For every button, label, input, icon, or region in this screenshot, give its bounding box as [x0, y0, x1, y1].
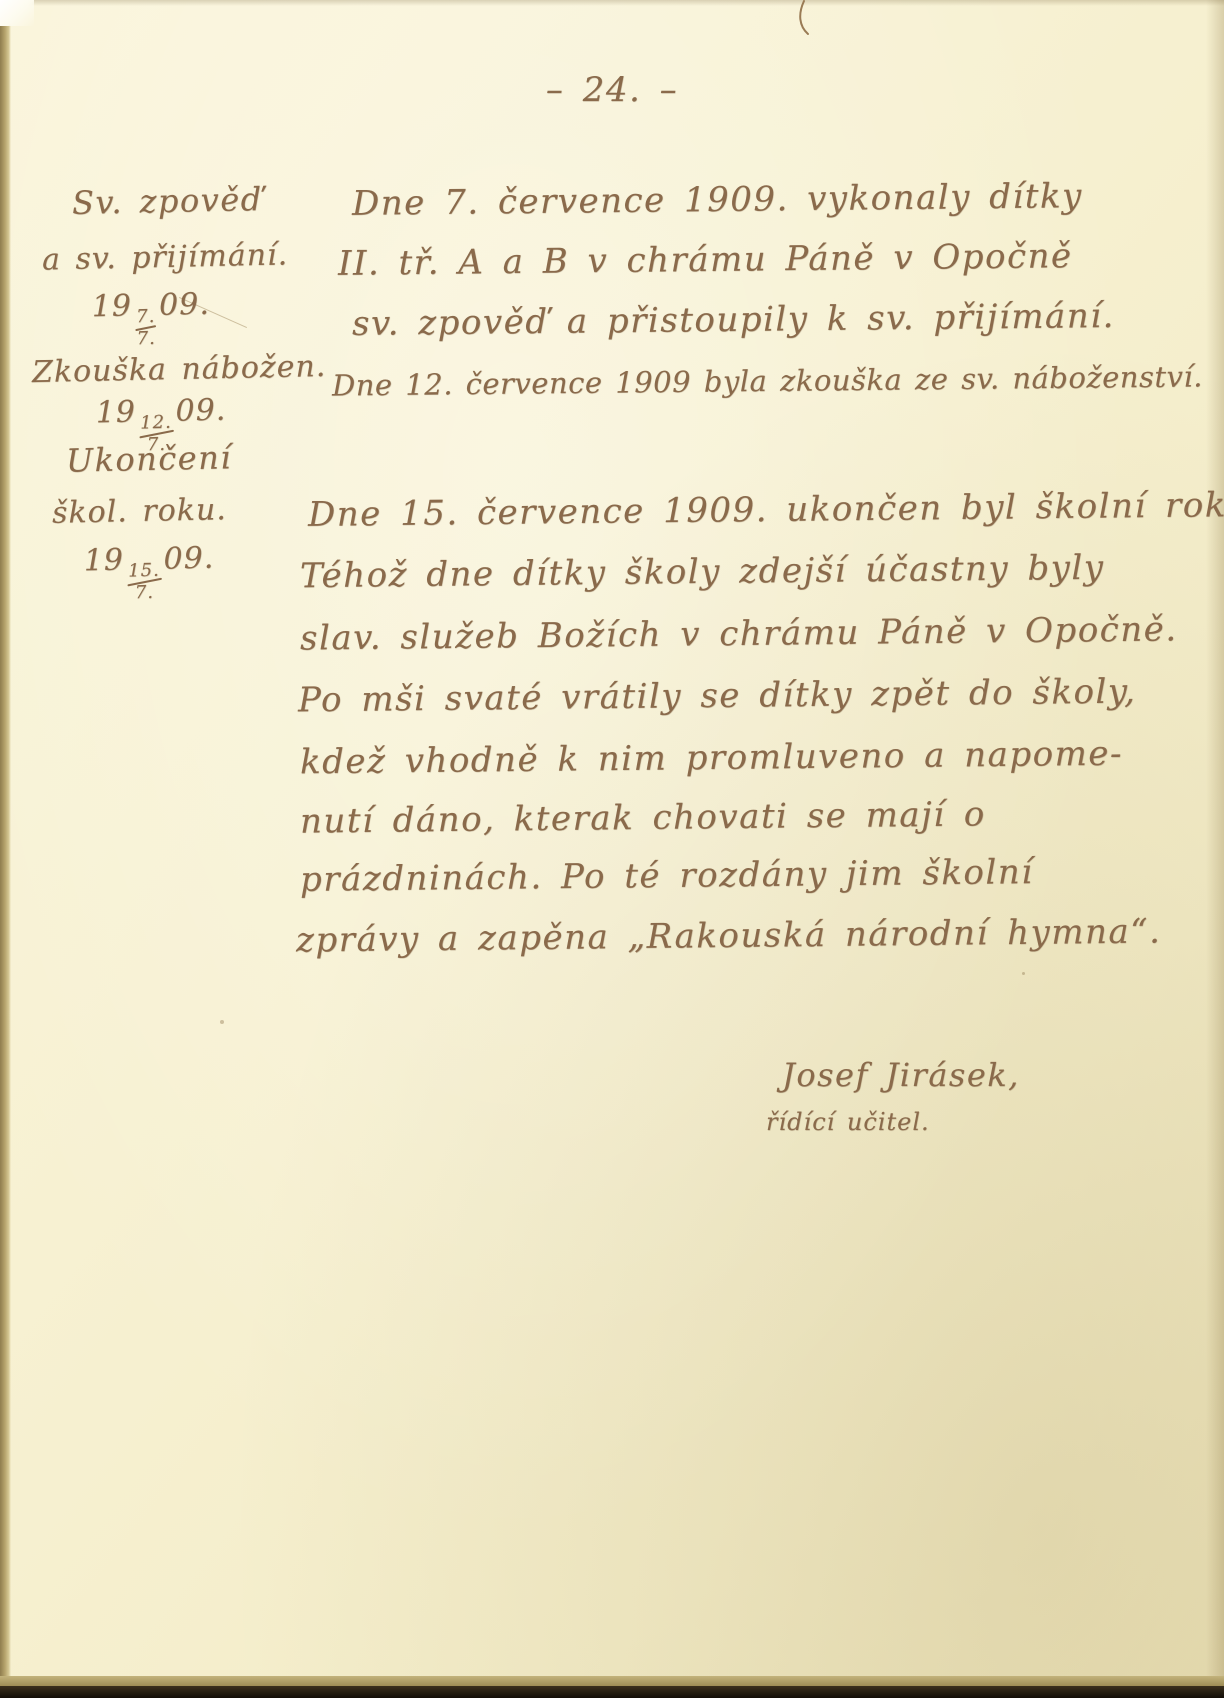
date-fraction-denominator: 7. — [135, 584, 155, 602]
date-suffix: 09. — [175, 393, 226, 429]
page-bottom-edge-dark — [0, 1686, 1224, 1698]
paper-speck — [1022, 972, 1025, 975]
body-line: kdež vhodně k nim promluveno a napome- — [300, 734, 1123, 783]
body-line: Dne 7. července 1909. vykonaly dítky — [352, 176, 1083, 224]
body-line: Dne 12. července 1909 byla zkouška ze sv… — [332, 359, 1203, 402]
date-fraction-numerator: 7. — [136, 308, 156, 326]
body-line: slav. služeb Božích v chrámu Páně v Opoč… — [300, 609, 1178, 658]
torn-corner — [0, 0, 34, 26]
date-prefix: 19 — [91, 288, 132, 324]
date-fraction: 7.7. — [136, 308, 156, 348]
margin-note-schoolyear-line2: škol. roku. — [52, 492, 227, 531]
signature-title: řídící učitel. — [766, 1108, 930, 1136]
body-line: zprávy a zapěna „Rakouská národní hymna“… — [296, 911, 1162, 960]
date-suffix: 09. — [163, 541, 214, 577]
body-line: nutí dáno, kterak chovati se mají o — [300, 794, 986, 841]
page-top-edge — [0, 0, 1224, 6]
date-fraction: 15.7. — [128, 562, 160, 603]
body-line: Dne 15. července 1909. ukončen byl školn… — [308, 485, 1224, 535]
margin-note-confession-line1: Sv. zpověď — [72, 180, 263, 222]
page-left-edge — [0, 0, 11, 1698]
date-prefix: 19 — [83, 543, 124, 579]
body-line: II. tř. A a B v chrámu Páně v Opočně — [338, 236, 1073, 284]
page-right-edge — [1206, 0, 1224, 1698]
margin-note-schoolyear-line1: Ukončení — [66, 438, 233, 479]
page-number: – 24. – — [546, 70, 678, 110]
margin-note-confession-date: 197.7.09. — [91, 287, 210, 350]
body-line: prázdninách. Po té rozdány jim školní — [300, 852, 1034, 900]
page-bottom-edge-tan — [0, 1676, 1224, 1686]
date-fraction-denominator: 7. — [136, 330, 156, 348]
date-prefix: 19 — [95, 395, 136, 431]
date-suffix: 09. — [159, 287, 210, 323]
margin-note-confession-line2: a sv. přijímání. — [42, 237, 289, 277]
paper-speck — [220, 1020, 224, 1024]
chronicle-page: – 24. – Sv. zpověď a sv. přijímání. 197.… — [0, 0, 1224, 1698]
signature-name: Josef Jirásek, — [782, 1056, 1020, 1094]
body-line: Téhož dne dítky školy zdejší účastny byl… — [300, 548, 1105, 596]
body-line: sv. zpověď a přistoupily k sv. přijímání… — [352, 296, 1115, 344]
margin-note-schoolyear-date: 1915.7.09. — [83, 541, 215, 604]
margin-note-exam-line1: Zkouška nábožen. — [32, 349, 327, 390]
body-line: Po mši svaté vrátily se dítky zpět do šk… — [298, 672, 1137, 721]
ink-flourish-mark — [778, 0, 838, 44]
